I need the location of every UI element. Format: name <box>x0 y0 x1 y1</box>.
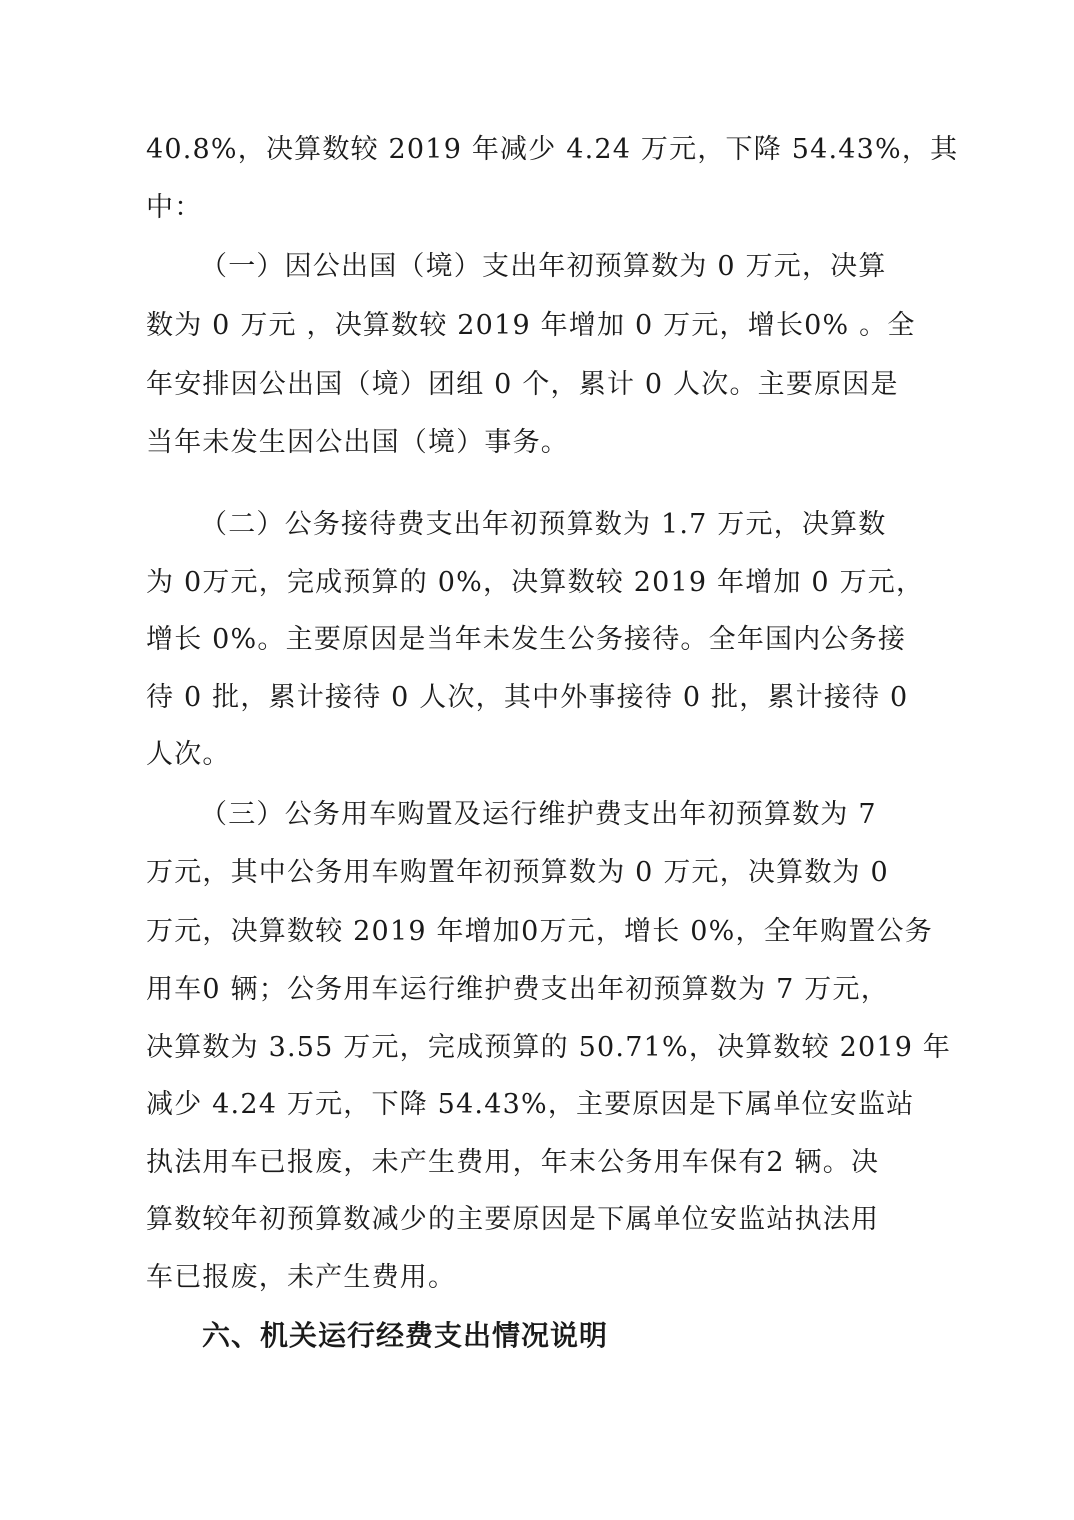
text-line: 车已报废，未产生费用。 <box>146 1261 456 1295</box>
section-heading: 六、机关运行经费支出情况说明 <box>202 1319 608 1353</box>
text-line: 万元，决算数较 2019 年增加0万元，增长 0%，全年购置公务 <box>146 915 933 949</box>
text-line: 为 0万元，完成预算的 0%，决算数较 2019 年增加 0 万元， <box>146 566 924 600</box>
text-line: 40.8%，决算数较 2019 年减少 4.24 万元，下降 54.43%，其 <box>146 133 958 167</box>
text-line: 用车0 辆；公务用车运行维护费支出年初预算数为 7 万元， <box>146 973 889 1007</box>
text-line: （一）因公出国（境）支出年初预算数为 0 万元，决算 <box>200 250 887 284</box>
text-line: 执法用车已报废，未产生费用，年末公务用车保有2 辆。决 <box>146 1146 879 1180</box>
text-line: 待 0 批，累计接待 0 人次，其中外事接待 0 批，累计接待 0 <box>146 681 908 715</box>
text-line: 决算数为 3.55 万元，完成预算的 50.71%，决算数较 2019 年 <box>146 1031 951 1065</box>
text-line: 当年未发生因公出国（境）事务。 <box>146 426 569 460</box>
text-line: 人次。 <box>146 738 231 772</box>
text-line: 算数较年初预算数减少的主要原因是下属单位安监站执法用 <box>146 1203 879 1237</box>
text-line: 减少 4.24 万元，下降 54.43%，主要原因是下属单位安监站 <box>146 1088 914 1122</box>
text-line: （二）公务接待费支出年初预算数为 1.7 万元，决算数 <box>200 508 887 542</box>
text-line: 中： <box>146 191 202 225</box>
text-line: 数为 0 万元 ，决算数较 2019 年增加 0 万元，增长0% 。全 <box>146 309 916 343</box>
text-line: （三）公务用车购置及运行维护费支出年初预算数为 7 <box>200 798 877 832</box>
document-page: 40.8%，决算数较 2019 年减少 4.24 万元，下降 54.43%，其 … <box>0 0 1074 1520</box>
text-line: 年安排因公出国（境）团组 0 个，累计 0 人次。主要原因是 <box>146 368 899 402</box>
text-line: 万元，其中公务用车购置年初预算数为 0 万元，决算数为 0 <box>146 856 889 890</box>
text-line: 增长 0%。主要原因是当年未发生公务接待。全年国内公务接 <box>146 623 906 657</box>
